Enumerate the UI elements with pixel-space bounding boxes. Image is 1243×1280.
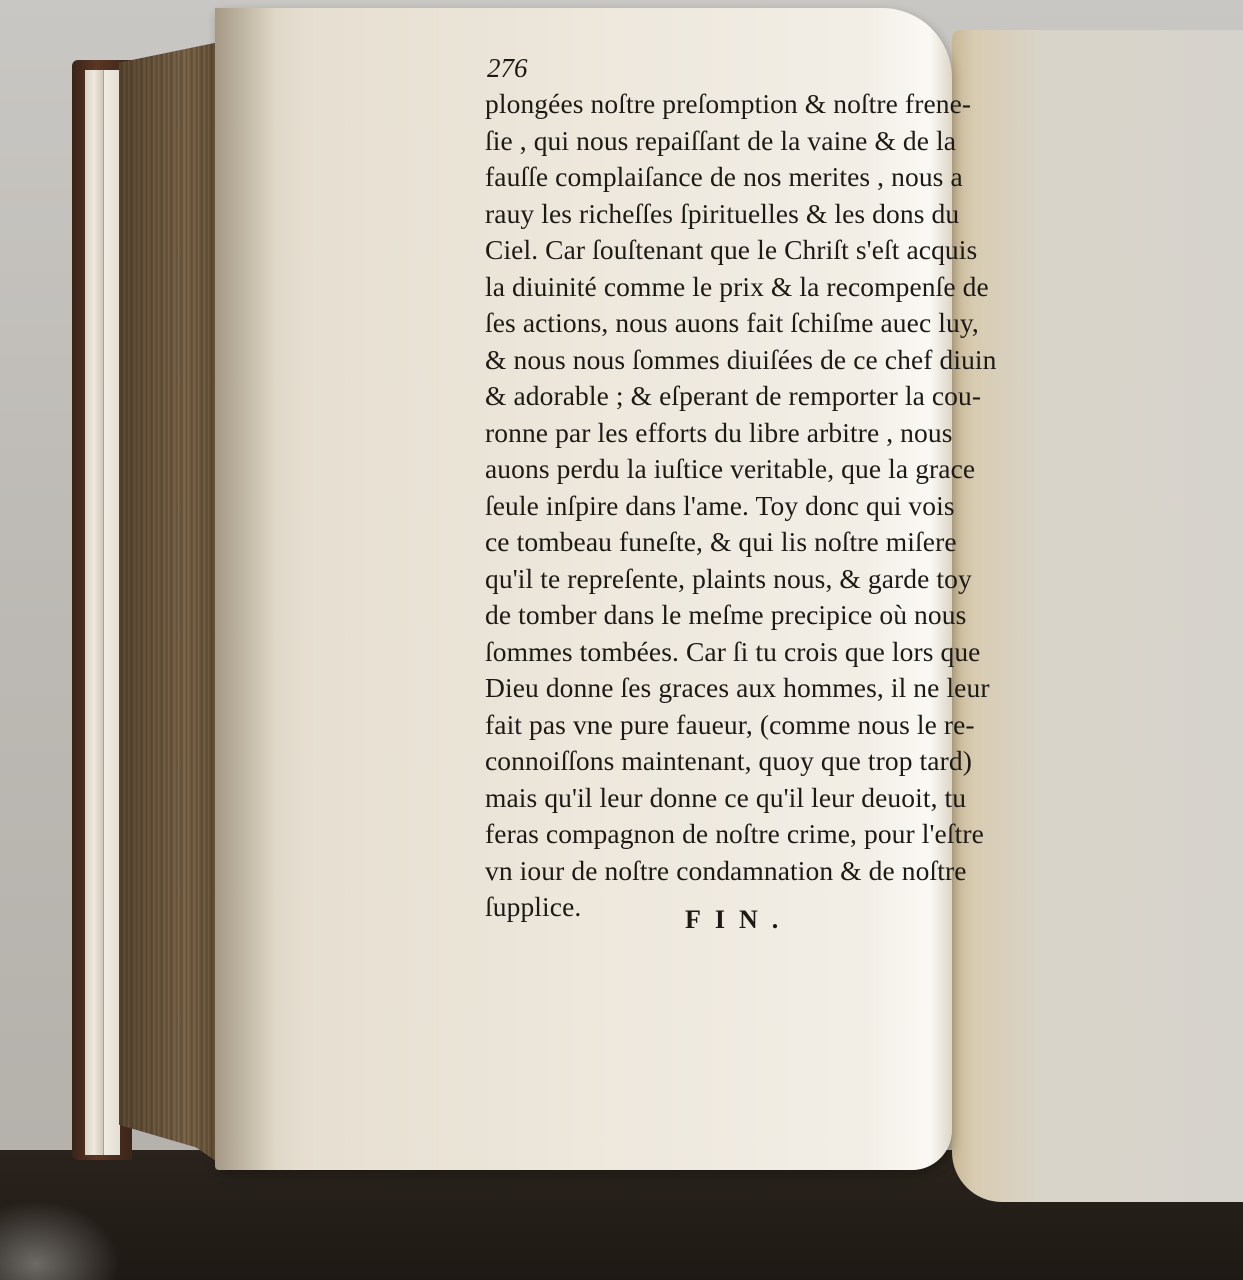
text-line: auons perdu la iuſtice veritable, que la…: [485, 451, 955, 488]
text-line: vn iour de noſtre condamnation & de noſt…: [485, 853, 955, 890]
text-line: ſeule inſpire dans l'ame. Toy donc qui v…: [485, 488, 955, 525]
text-line: ſommes tombées. Car ſi tu crois que lors…: [485, 634, 955, 671]
page-text: 276 plongées noſtre preſomption & noſtre…: [485, 52, 955, 926]
text-line: la diuinité comme le prix & la recompenſ…: [485, 269, 955, 306]
text-line: fait pas vne pure faueur, (comme nous le…: [485, 707, 955, 744]
page-number: 276: [487, 52, 955, 84]
text-line: mais qu'il leur donne ce qu'il leur deuo…: [485, 780, 955, 817]
text-line: fauſſe complaiſance de nos merites , nou…: [485, 159, 955, 196]
endpaper: [103, 70, 120, 1155]
right-blank-page: [952, 30, 1243, 1202]
text-line: ſie , qui nous repaiſſant de la vaine & …: [485, 123, 955, 160]
closing-fin: FIN.: [685, 905, 792, 935]
text-line: plongées noſtre preſomption & noſtre fre…: [485, 86, 955, 123]
text-line: ronne par les efforts du libre arbitre ,…: [485, 415, 955, 452]
text-line: feras compagnon de noſtre crime, pour l'…: [485, 816, 955, 853]
text-line: de tomber dans le meſme precipice où nou…: [485, 597, 955, 634]
text-line: Ciel. Car ſouſtenant que le Chriſt s'eſt…: [485, 232, 955, 269]
text-line: Dieu donne ſes graces aux hommes, il ne …: [485, 670, 955, 707]
endpaper: [85, 70, 103, 1155]
text-line: connoiſſons maintenant, quoy que trop ta…: [485, 743, 955, 780]
text-line: qu'il te repreſente, plaints nous, & gar…: [485, 561, 955, 598]
table-reflection: [0, 1200, 120, 1280]
text-line: ce tombeau funeſte, & qui lis noſtre miſ…: [485, 524, 955, 561]
page-fore-edge: [119, 40, 229, 1170]
text-line: ſes actions, nous auons fait ſchiſme aue…: [485, 305, 955, 342]
text-line: & nous nous ſommes diuiſées de ce chef d…: [485, 342, 955, 379]
text-line: & adorable ; & eſperant de remporter la …: [485, 378, 955, 415]
text-line: rauy les richeſſes ſpirituelles & les do…: [485, 196, 955, 233]
